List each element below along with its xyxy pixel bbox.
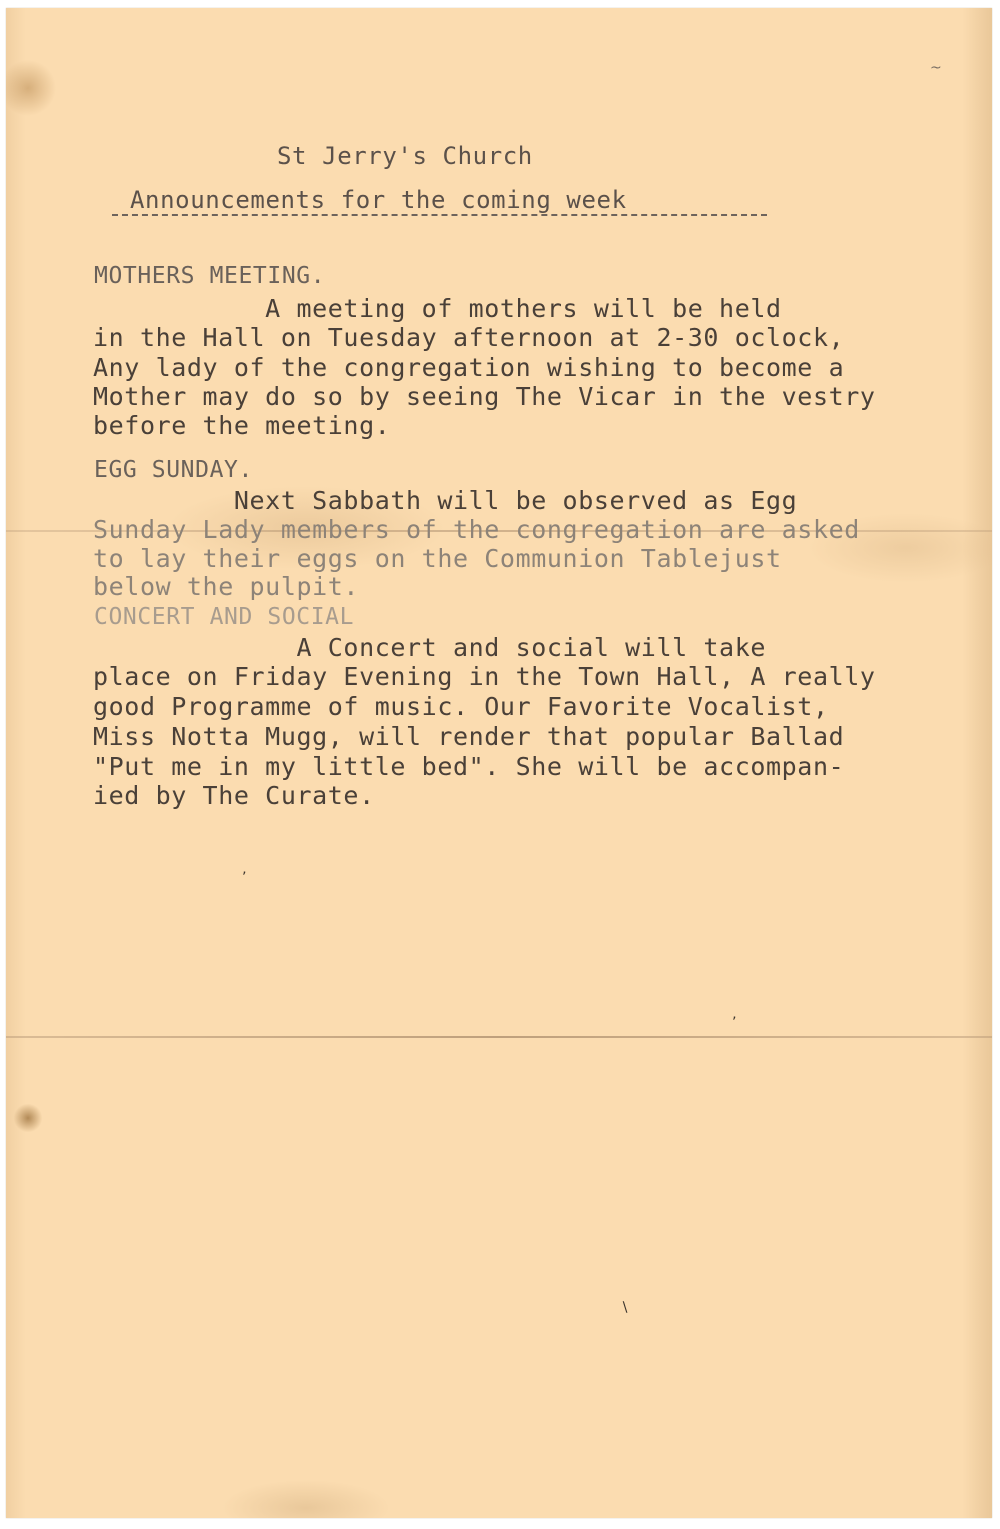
body-line: Any lady of the congregation wishing to … bbox=[93, 353, 844, 382]
body-line: in the Hall on Tuesday afternoon at 2-30… bbox=[93, 323, 844, 352]
section-heading: CONCERT AND SOCIAL bbox=[94, 603, 354, 632]
body-line: Mother may do so by seeing The Vicar in … bbox=[93, 382, 876, 411]
body-line: A meeting of mothers will be held bbox=[93, 294, 782, 323]
body-line: Miss Notta Mugg, will render that popula… bbox=[93, 722, 844, 751]
ink-mark: ’ bbox=[732, 1015, 736, 1031]
body-line: ied by The Curate. bbox=[93, 781, 375, 810]
document-title: St Jerry's Church bbox=[277, 142, 533, 171]
body-line: A Concert and social will take bbox=[93, 633, 766, 662]
body-line: to lay their eggs on the Communion Table… bbox=[93, 544, 782, 573]
body-line: Sunday Lady members of the congregation … bbox=[93, 515, 860, 544]
section-heading: EGG SUNDAY. bbox=[94, 456, 253, 485]
body-line: before the meeting. bbox=[93, 411, 390, 440]
subtitle-underline bbox=[112, 214, 767, 216]
body-line: "Put me in my little bed". She will be a… bbox=[93, 752, 844, 781]
body-line: good Programme of music. Our Favorite Vo… bbox=[93, 692, 829, 721]
body-line: below the pulpit. bbox=[93, 572, 359, 601]
ink-mark: ~ bbox=[930, 60, 942, 76]
document-subtitle: Announcements for the coming week bbox=[130, 186, 627, 215]
ink-mark: ’ bbox=[242, 870, 246, 886]
section-heading: MOTHERS MEETING. bbox=[94, 262, 325, 291]
body-line: place on Friday Evening in the Town Hall… bbox=[93, 662, 876, 691]
body-line: Next Sabbath will be observed as Egg bbox=[93, 486, 797, 515]
ink-mark: ∖ bbox=[620, 1300, 629, 1316]
fold-crease-lower bbox=[6, 1036, 992, 1038]
